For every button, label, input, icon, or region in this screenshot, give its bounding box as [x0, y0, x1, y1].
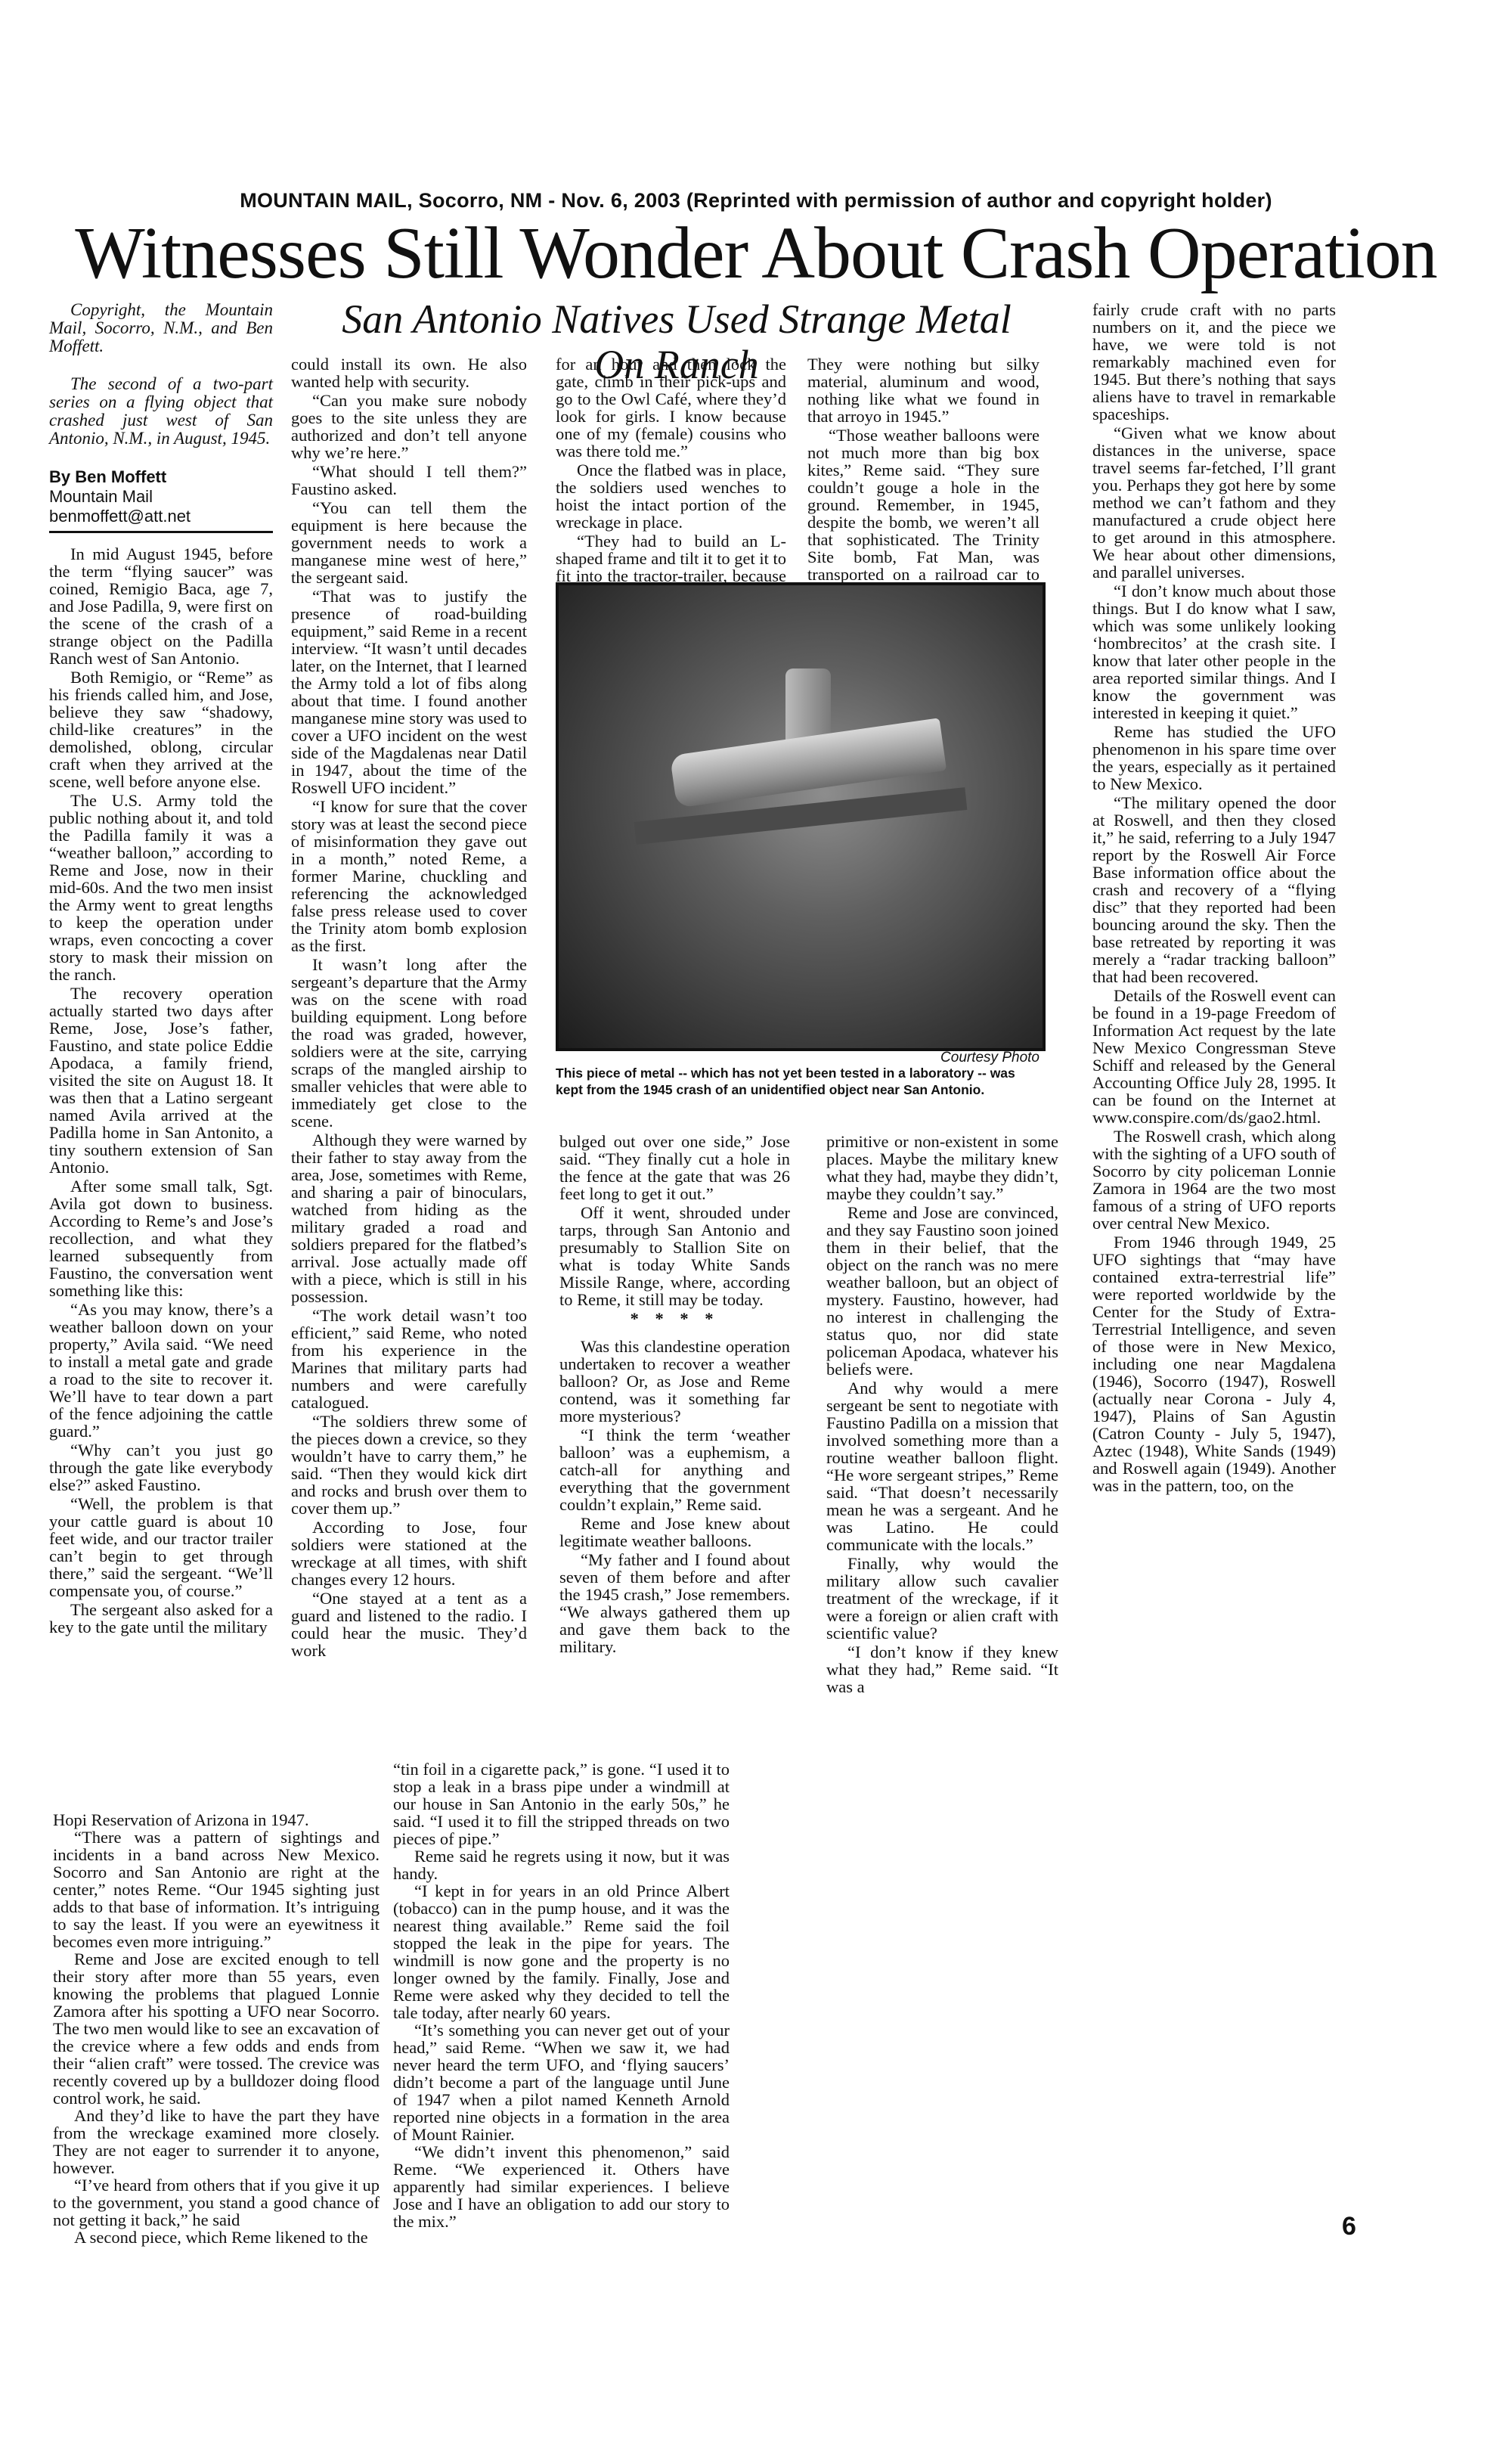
paragraph: After some small talk, Sgt. Avila got do…	[49, 1177, 273, 1299]
paragraph: “My father and I found about seven of th…	[559, 1551, 790, 1655]
column-2: could install its own. He also wanted he…	[291, 355, 527, 1661]
paragraph: “I don’t know if they knew what they had…	[826, 1643, 1058, 1695]
column-3-top: for an hour and then lock the gate, clim…	[556, 355, 786, 603]
section-separator: * * * *	[559, 1310, 790, 1327]
continuation-left: Hopi Reservation of Arizona in 1947. “Th…	[53, 1811, 380, 2246]
paragraph: “We didn’t invent this phenomenon,” said…	[393, 2143, 730, 2230]
paragraph: “One stayed at a tent as a guard and lis…	[291, 1590, 527, 1659]
paragraph: Reme and Jose knew about legitimate weat…	[559, 1515, 790, 1549]
paragraph: Off it went, shrouded under tarps, throu…	[559, 1204, 790, 1308]
paragraph: “I’ve heard from others that if you give…	[53, 2176, 380, 2229]
paragraph: Although they were warned by their fathe…	[291, 1131, 527, 1305]
paragraph: “As you may know, there’s a weather ball…	[49, 1301, 273, 1440]
paragraph: The U.S. Army told the public nothing ab…	[49, 792, 273, 983]
paragraph: “There was a pattern of sightings and in…	[53, 1829, 380, 1950]
series-note: The second of a two-part series on a fly…	[49, 375, 273, 448]
paragraph: “You can tell them the equipment is here…	[291, 499, 527, 586]
paragraph: They were nothing but silky material, al…	[807, 355, 1039, 425]
paragraph: “It’s something you can never get out of…	[393, 2021, 730, 2143]
paragraph: “That was to justify the presence of roa…	[291, 588, 527, 796]
paragraph: A second piece, which Reme likened to th…	[53, 2229, 380, 2246]
paragraph: The sergeant also asked for a key to the…	[49, 1601, 273, 1636]
metal-fragment-photo	[556, 582, 1046, 1051]
paragraph: The recovery operation actually started …	[49, 985, 273, 1176]
paragraph: According to Jose, four soldiers were st…	[291, 1518, 527, 1588]
byline: By Ben Moffett Mountain Mail benmoffett@…	[49, 467, 273, 533]
paragraph: “Well, the problem is that your cattle g…	[49, 1495, 273, 1599]
paragraph: “Can you make sure nobody goes to the si…	[291, 392, 527, 461]
paragraph: “The work detail wasn’t too efficient,” …	[291, 1307, 527, 1411]
paragraph: “Why can’t you just go through the gate …	[49, 1441, 273, 1494]
column-1: Copyright, the Mountain Mail, Socorro, N…	[49, 301, 273, 1637]
paragraph: for an hour and then lock the gate, clim…	[556, 355, 786, 460]
paragraph: Details of the Roswell event can be foun…	[1092, 987, 1336, 1126]
paragraph: And they’d like to have the part they ha…	[53, 2107, 380, 2176]
paragraph: The Roswell crash, which along with the …	[1092, 1128, 1336, 1232]
paragraph: “Those weather balloons were not much mo…	[807, 427, 1039, 600]
paragraph: “tin foil in a cigarette pack,” is gone.…	[393, 1760, 730, 1847]
paragraph: “Given what we know about distances in t…	[1092, 424, 1336, 581]
paragraph: Reme and Jose are convinced, and they sa…	[826, 1204, 1058, 1378]
paragraph: bulged out over one side,” Jose said. “T…	[559, 1133, 790, 1202]
continuation-right: “tin foil in a cigarette pack,” is gone.…	[393, 1760, 730, 2230]
paragraph: Both Remigio, or “Reme” as his friends c…	[49, 668, 273, 790]
masthead: MOUNTAIN MAIL, Socorro, NM - Nov. 6, 200…	[0, 189, 1512, 212]
column-5: fairly crude craft with no parts numbers…	[1092, 301, 1336, 1496]
copyright-note: Copyright, the Mountain Mail, Socorro, N…	[49, 301, 273, 355]
paragraph: It wasn’t long after the sergeant’s depa…	[291, 956, 527, 1130]
paragraph: “I think the term ‘weather balloon’ was …	[559, 1426, 790, 1513]
paragraph: “I don’t know much about those things. B…	[1092, 582, 1336, 721]
intro: Copyright, the Mountain Mail, Socorro, N…	[49, 301, 273, 448]
paragraph: fairly crude craft with no parts numbers…	[1092, 301, 1336, 423]
paragraph: Hopi Reservation of Arizona in 1947.	[53, 1811, 380, 1829]
column-4-bottom: primitive or non-existent in some places…	[826, 1133, 1058, 1697]
paragraph: Was this clandestine operation undertake…	[559, 1338, 790, 1425]
paragraph: primitive or non-existent in some places…	[826, 1133, 1058, 1202]
paragraph: Reme said he regrets using it now, but i…	[393, 1847, 730, 1882]
byline-email[interactable]: benmoffett@att.net	[49, 507, 273, 526]
page-number: 6	[1342, 2212, 1356, 2241]
paragraph: could install its own. He also wanted he…	[291, 355, 527, 390]
byline-outlet: Mountain Mail	[49, 487, 273, 507]
headline: Witnesses Still Wonder About Crash Opera…	[0, 216, 1512, 291]
paragraph: From 1946 through 1949, 25 UFO sightings…	[1092, 1233, 1336, 1494]
column-3-bottom: bulged out over one side,” Jose said. “T…	[559, 1133, 790, 1657]
paragraph: “I kept in for years in an old Prince Al…	[393, 1882, 730, 2021]
paragraph: “The soldiers threw some of the pieces d…	[291, 1413, 527, 1517]
column-4-top: They were nothing but silky material, al…	[807, 355, 1039, 602]
paragraph: Finally, why would the military allow su…	[826, 1555, 1058, 1642]
paragraph: Reme and Jose are excited enough to tell…	[53, 1950, 380, 2107]
paragraph: Reme has studied the UFO phenomenon in h…	[1092, 723, 1336, 793]
paragraph: And why would a mere sergeant be sent to…	[826, 1379, 1058, 1553]
paragraph: “The military opened the door at Roswell…	[1092, 794, 1336, 985]
paragraph: “What should I tell them?” Faustino aske…	[291, 463, 527, 498]
photo-credit: Courtesy Photo	[832, 1050, 1039, 1066]
paragraph: In mid August 1945, before the term “fly…	[49, 545, 273, 667]
photo-caption: This piece of metal -- which has not yet…	[556, 1065, 1039, 1098]
paragraph: Once the flatbed was in place, the soldi…	[556, 461, 786, 531]
paragraph: “I know for sure that the cover story wa…	[291, 798, 527, 954]
byline-author: By Ben Moffett	[49, 467, 273, 487]
